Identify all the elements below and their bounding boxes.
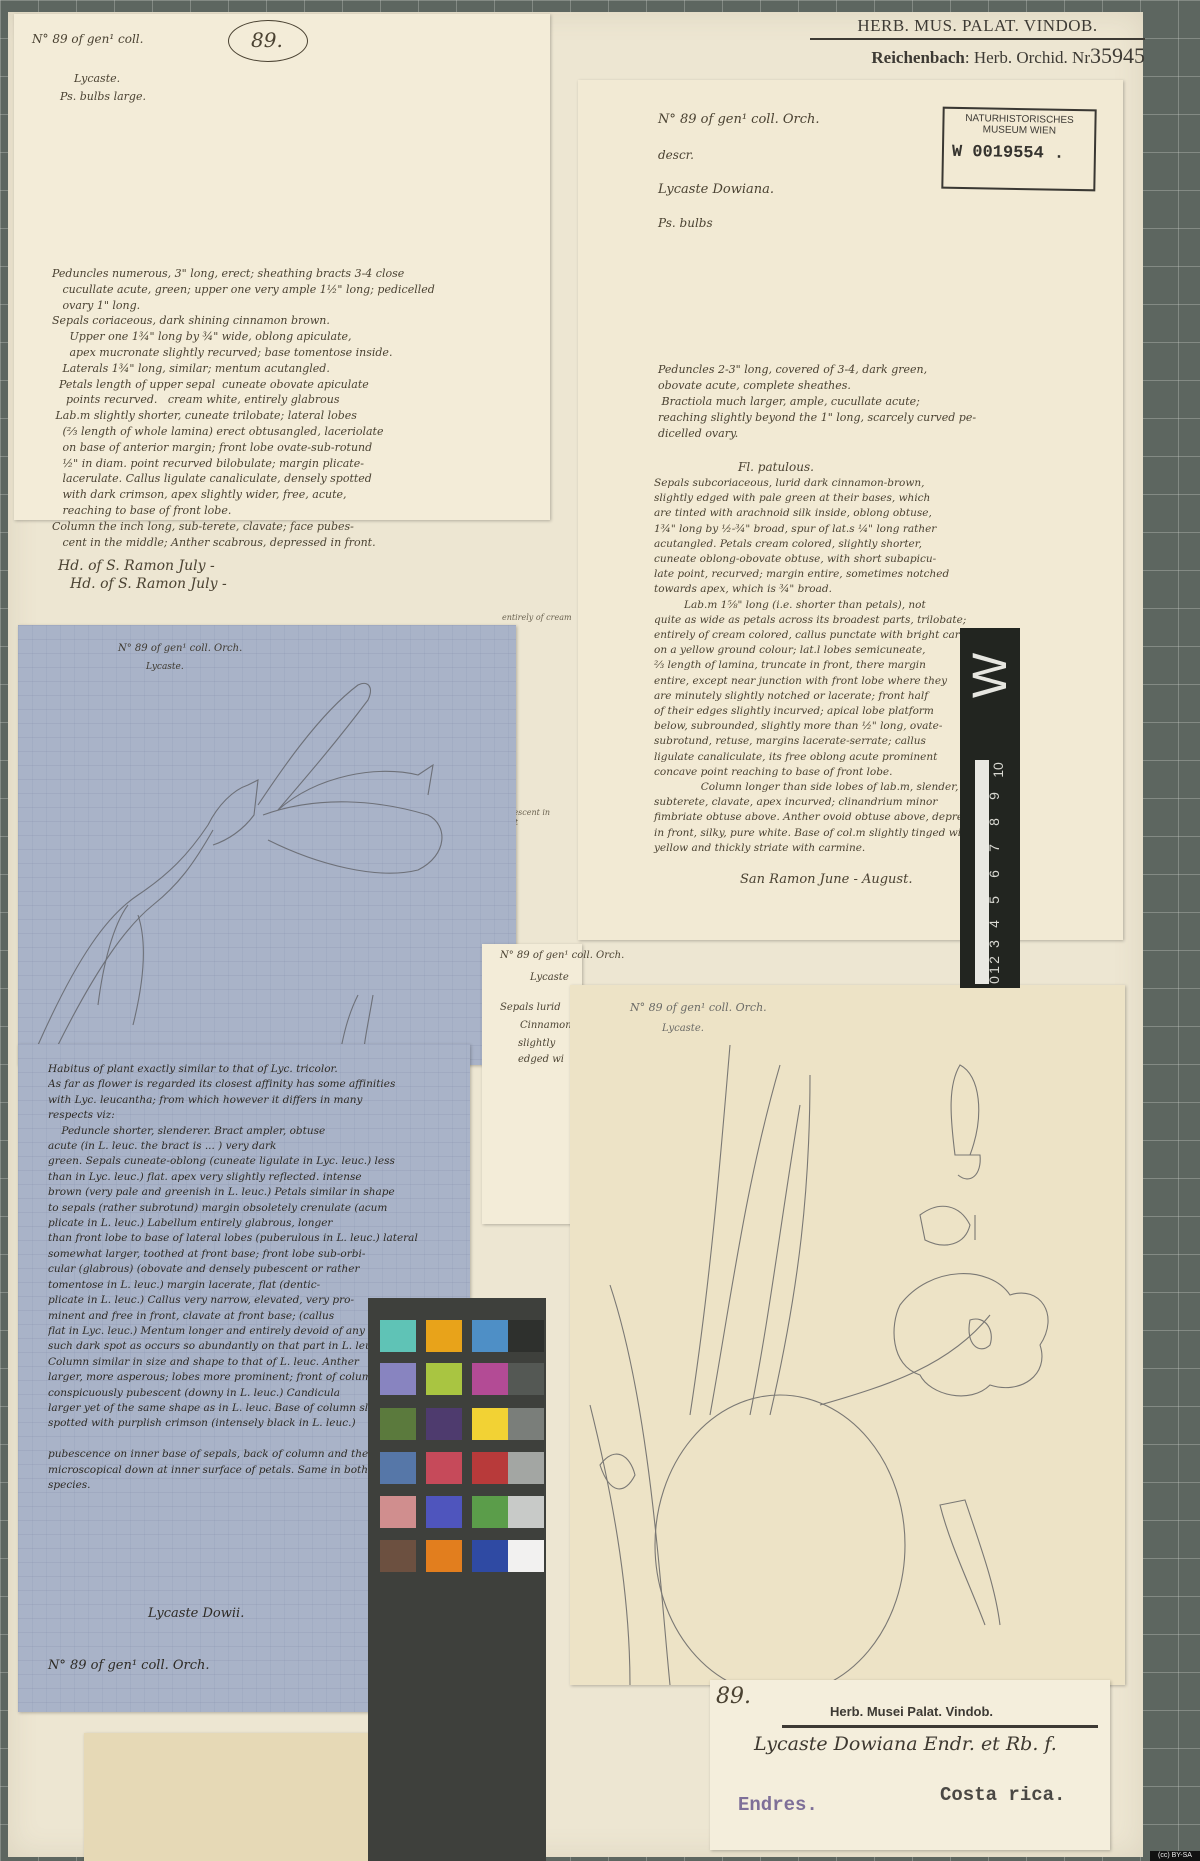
note-species: Lycaste Dowiana. <box>658 180 774 200</box>
header-label-line1: HERB. MUS. PALAT. VINDOB. <box>810 16 1145 40</box>
note-header: N° 89 of gen¹ coll. Orch. <box>500 948 624 964</box>
color-calibration-chart <box>368 1298 546 1861</box>
swatch <box>508 1408 544 1440</box>
swatch <box>472 1452 508 1484</box>
note-top-left-footer: Hd. of S. Ramon July - <box>58 556 215 578</box>
header-label: HERB. MUS. PALAT. VINDOB. Reichenbach: H… <box>810 16 1145 72</box>
envelope-packet <box>84 1733 384 1861</box>
circled-number-text: 89. <box>251 25 283 56</box>
note-top-left: N° 89 of gen¹ coll. 89. Lycaste. Ps. bul… <box>14 14 550 520</box>
header-label-reichenbach: Reichenbach <box>871 48 965 67</box>
label-locality: Costa rica. <box>940 1784 1065 1806</box>
swatch <box>508 1320 544 1352</box>
label-number: 89. <box>716 1680 751 1714</box>
swatch <box>380 1408 416 1440</box>
note-line: Cinnamon <box>520 1018 572 1034</box>
swatch <box>472 1496 508 1528</box>
note-bulbs: Ps. bulbs <box>658 214 713 233</box>
label-institution: Herb. Musei Palat. Vindob. <box>830 1704 993 1719</box>
swatch <box>380 1496 416 1528</box>
swatch <box>426 1496 462 1528</box>
ruler-tick: 8 <box>986 818 1002 826</box>
ruler-tick: 4 <box>986 920 1002 928</box>
orchid-plant-drawing <box>570 985 1125 1685</box>
swatch <box>472 1540 508 1572</box>
note-top-right: N° 89 of gen¹ coll. Orch. descr. Lycaste… <box>578 80 1123 940</box>
ruler-tick: 0 <box>986 976 1002 984</box>
swatch <box>472 1408 508 1440</box>
scale-ruler: W <box>960 628 1020 988</box>
swatch <box>380 1452 416 1484</box>
swatch <box>380 1363 416 1395</box>
swatch <box>380 1320 416 1352</box>
swatch <box>472 1320 508 1352</box>
label-collector: Endres. <box>738 1794 818 1816</box>
ruler-tick: 6 <box>986 870 1002 878</box>
swatch <box>508 1363 544 1395</box>
label-rule <box>782 1725 1098 1728</box>
note-descr: descr. <box>658 146 694 165</box>
swatch <box>426 1363 462 1395</box>
drawing-blue: N° 89 of gen¹ coll. Orch. Lycaste. <box>18 625 516 1065</box>
swatch <box>380 1540 416 1572</box>
header-label-line2: Reichenbach: Herb. Orchid. Nr35945 <box>810 43 1145 69</box>
note-bulbs: Ps. bulbs large. <box>60 88 146 105</box>
drawing-right: N° 89 of gen¹ coll. Orch. Lycaste. <box>570 985 1125 1685</box>
note-species: Lycaste Dowii. <box>148 1604 244 1624</box>
margin-note-1: entirely of cream <box>502 612 572 624</box>
ruler-tick: 3 <box>986 940 1002 948</box>
swatch <box>508 1540 544 1572</box>
swatch <box>472 1363 508 1395</box>
note-line: Sepals lurid <box>500 1000 561 1016</box>
ruler-letter: W <box>963 653 1018 698</box>
note-footer: N° 89 of gen¹ coll. Orch. <box>48 1656 210 1676</box>
note-genus: Lycaste. <box>74 70 120 87</box>
museum-catalog-number: W 0019554 . <box>952 143 1094 164</box>
ruler-tick: 1 <box>986 966 1002 974</box>
note-body1: Peduncles 2-3" long, covered of 3-4, dar… <box>658 362 976 442</box>
note-body2: Sepals subcoriaceous, lurid dark cinnamo… <box>654 476 991 856</box>
determination-label: 89. Herb. Musei Palat. Vindob. Lycaste D… <box>710 1680 1110 1850</box>
ruler-tick: 10 <box>990 762 1006 778</box>
swatch <box>426 1320 462 1352</box>
swatch <box>508 1496 544 1528</box>
ruler-tick: 7 <box>986 844 1002 852</box>
license-badge: (cc) BY-SA <box>1150 1851 1200 1861</box>
circled-number: 89. <box>228 20 308 62</box>
swatch <box>426 1540 462 1572</box>
label-taxon: Lycaste Dowiana Endr. et Rb. f. <box>754 1730 1057 1759</box>
swatch <box>426 1408 462 1440</box>
note-genus: Lycaste <box>530 970 569 986</box>
note-body: Peduncles numerous, 3" long, erect; shea… <box>52 266 435 550</box>
orchid-bud-drawing <box>18 625 516 1065</box>
header-label-number: 35945 <box>1090 43 1145 68</box>
note-header: N° 89 of gen¹ coll. <box>32 30 143 49</box>
ruler-tick: 5 <box>986 896 1002 904</box>
header-label-text: : Herb. Orchid. Nr <box>965 48 1090 67</box>
note-subheading: Fl. patulous. <box>738 458 814 477</box>
swatch <box>508 1452 544 1484</box>
ruler-tick: 2 <box>986 956 1002 964</box>
ruler-tick: 9 <box>986 792 1002 800</box>
note-footer: San Ramon June - August. <box>740 870 912 890</box>
note-header: N° 89 of gen¹ coll. Orch. <box>658 110 820 130</box>
museum-stamp: NATURHISTORISCHES MUSEUM WIEN W 0019554 … <box>941 107 1096 192</box>
note-mid-small: N° 89 of gen¹ coll. Orch. Lycaste Sepals… <box>482 944 582 1224</box>
swatch <box>426 1452 462 1484</box>
